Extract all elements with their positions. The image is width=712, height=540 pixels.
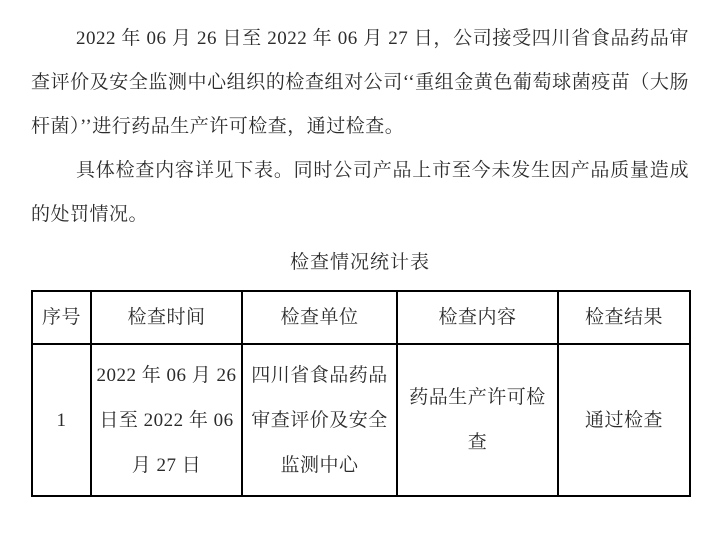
col-header-seq: 序号 — [32, 291, 91, 344]
col-header-result: 检查结果 — [558, 291, 690, 344]
table-title: 检查情况统计表 — [31, 241, 689, 285]
cell-unit: 四川省食品药品审查评价及安全监测中心 — [242, 344, 397, 496]
table-row: 1 2022 年 06 月 26 日至 2022 年 06 月 27 日 四川省… — [32, 344, 690, 496]
col-header-time: 检查时间 — [91, 291, 242, 344]
table-header-row: 序号 检查时间 检查单位 检查内容 检查结果 — [32, 291, 690, 344]
document-page: 2022 年 06 月 26 日至 2022 年 06 月 27 日，公司接受四… — [0, 0, 712, 540]
col-header-unit: 检查单位 — [242, 291, 397, 344]
cell-seq: 1 — [32, 344, 91, 496]
inspection-table: 序号 检查时间 检查单位 检查内容 检查结果 1 2022 年 06 月 26 … — [31, 290, 691, 497]
cell-result: 通过检查 — [558, 344, 690, 496]
paragraph-inspection-summary: 2022 年 06 月 26 日至 2022 年 06 月 27 日，公司接受四… — [31, 17, 689, 149]
paragraph-details-note: 具体检查内容详见下表。同时公司产品上市至今未发生因产品质量造成的处罚情况。 — [31, 149, 689, 237]
cell-time: 2022 年 06 月 26 日至 2022 年 06 月 27 日 — [91, 344, 242, 496]
cell-content: 药品生产许可检查 — [397, 344, 558, 496]
col-header-content: 检查内容 — [397, 291, 558, 344]
